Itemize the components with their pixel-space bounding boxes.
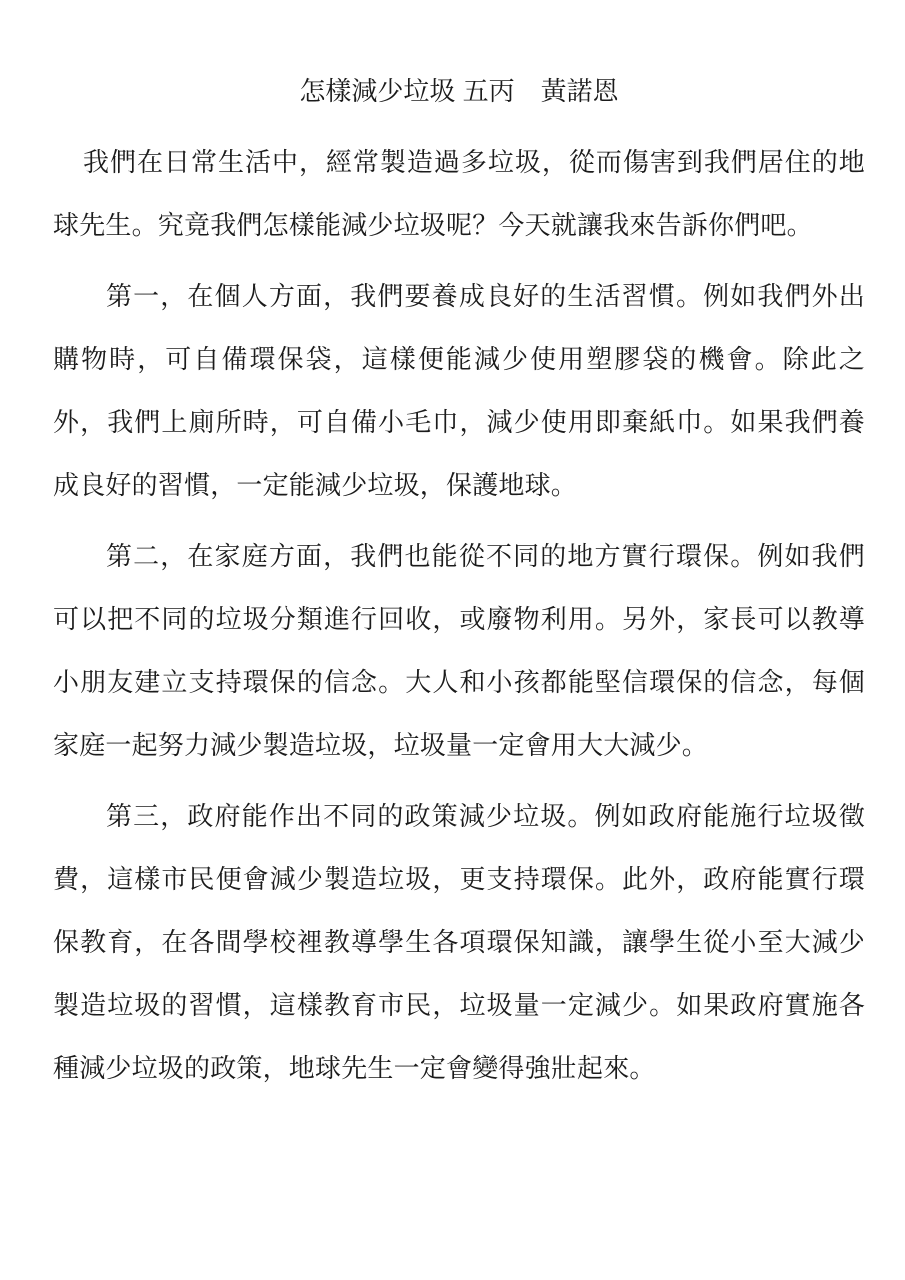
paragraph-point-two-family: 第二，在家庭方面，我們也能從不同的地方實行環保。例如我們可以把不同的垃圾分類進行… bbox=[53, 525, 865, 777]
document-title: 怎樣減少垃圾 五丙 黃諾恩 bbox=[53, 60, 865, 123]
paragraph-point-one-personal: 第一，在個人方面，我們要養成良好的生活習慣。例如我們外出購物時，可自備環保袋，這… bbox=[53, 265, 865, 517]
paragraph-point-three-government: 第三，政府能作出不同的政策減少垃圾。例如政府能施行垃圾徵費，這樣市民便會減少製造… bbox=[53, 785, 865, 1100]
document-page: 怎樣減少垃圾 五丙 黃諾恩 我們在日常生活中，經常製造過多垃圾，從而傷害到我們居… bbox=[0, 0, 905, 1280]
paragraph-intro: 我們在日常生活中，經常製造過多垃圾，從而傷害到我們居住的地球先生。究竟我們怎樣能… bbox=[53, 131, 865, 257]
